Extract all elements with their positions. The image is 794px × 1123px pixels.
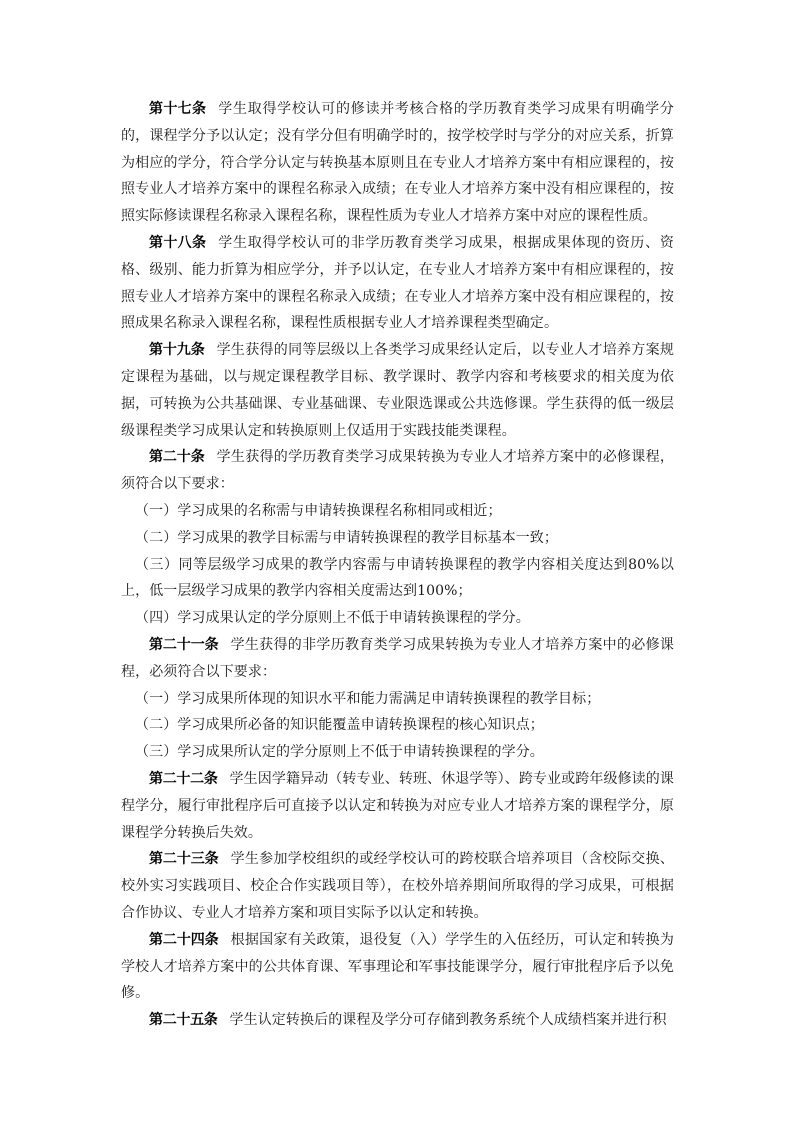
article-23: 第二十三条学生参加学校组织的或经学校认可的跨校联合培养项目（含校际交换、校外实习… bbox=[121, 846, 674, 926]
article-number: 第二十条 bbox=[149, 449, 205, 465]
article-21: 第二十一条学生获得的非学历教育类学习成果转换为专业人才培养方案中的必修课程，必须… bbox=[121, 632, 674, 686]
article-22: 第二十二条学生因学籍异动（转专业、转班、休退学等）、跨专业或跨年级修读的课程学分… bbox=[121, 766, 674, 846]
article-number: 第十八条 bbox=[149, 235, 206, 251]
article-21-item-1: （一）学习成果所体现的知识水平和能力需满足申请转换课程的教学目标； bbox=[121, 686, 674, 713]
article-number: 第二十三条 bbox=[149, 851, 219, 867]
article-20-item-1: （一）学习成果的名称需与申请转换课程名称相同或相近； bbox=[121, 498, 674, 525]
article-number: 第十七条 bbox=[149, 101, 206, 117]
article-number: 第二十五条 bbox=[149, 1012, 218, 1028]
article-25: 第二十五条学生认定转换后的课程及学分可存储到教务系统个人成绩档案并进行积 bbox=[121, 1007, 674, 1034]
article-20-item-3: （三）同等层级学习成果的教学内容需与申请转换课程的教学内容相关度达到80%以上，… bbox=[121, 552, 674, 606]
article-text: 学生取得学校认可的修读并考核合格的学历教育类学习成果有明确学分的，课程学分予以认… bbox=[121, 101, 674, 224]
article-21-item-3: （三）学习成果所认定的学分原则上不低于申请转换课程的学分。 bbox=[121, 739, 674, 766]
article-20: 第二十条学生获得的学历教育类学习成果转换为专业人才培养方案中的必修课程，须符合以… bbox=[121, 444, 674, 498]
article-20-item-4: （四）学习成果认定的学分原则上不低于申请转换课程的学分。 bbox=[121, 605, 674, 632]
article-number: 第十九条 bbox=[149, 342, 205, 358]
article-24: 第二十四条根据国家有关政策，退役复（入）学学生的入伍经历，可认定和转换为学校人才… bbox=[121, 927, 674, 1007]
article-17: 第十七条学生取得学校认可的修读并考核合格的学历教育类学习成果有明确学分的，课程学… bbox=[121, 96, 674, 230]
article-21-item-2: （二）学习成果所必备的知识能覆盖申请转换课程的核心知识点； bbox=[121, 712, 674, 739]
article-20-item-2: （二）学习成果的教学目标需与申请转换课程的教学目标基本一致； bbox=[121, 525, 674, 552]
article-18: 第十八条学生取得学校认可的非学历教育类学习成果，根据成果体现的资历、资格、级别、… bbox=[121, 230, 674, 337]
article-number: 第二十四条 bbox=[149, 932, 219, 948]
article-19: 第十九条学生获得的同等层级以上各类学习成果经认定后，以专业人才培养方案规定课程为… bbox=[121, 337, 674, 444]
document-page: 第十七条学生取得学校认可的修读并考核合格的学历教育类学习成果有明确学分的，课程学… bbox=[121, 96, 674, 1034]
article-number: 第二十一条 bbox=[149, 637, 219, 653]
article-number: 第二十二条 bbox=[149, 771, 218, 787]
article-text: 学生认定转换后的课程及学分可存储到教务系统个人成绩档案并进行积 bbox=[230, 1012, 667, 1028]
